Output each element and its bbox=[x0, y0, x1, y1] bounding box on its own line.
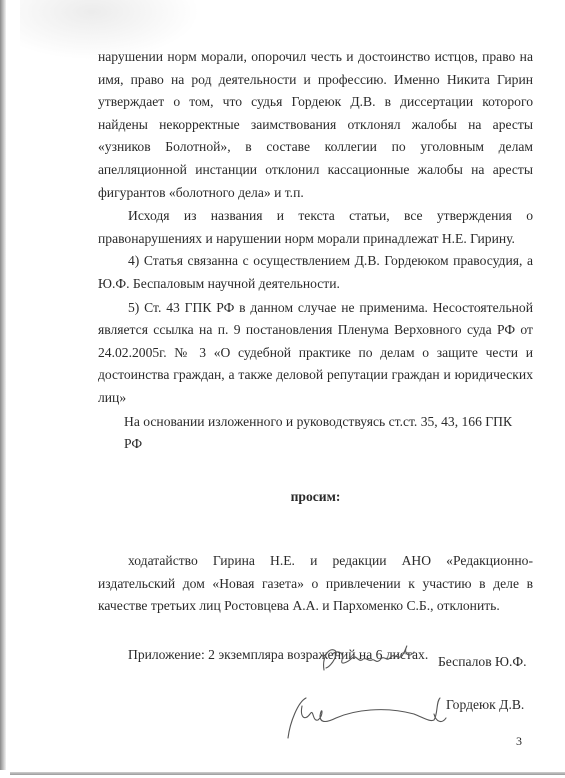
signatory-gordeyuk: Гордеюк Д.В. bbox=[446, 697, 524, 713]
paragraph-point-4: 4) Статья связанна с осуществлением Д.В.… bbox=[98, 250, 533, 295]
legal-basis: На основании изложенного и руководствуяс… bbox=[98, 411, 533, 456]
page-number: 3 bbox=[516, 734, 522, 749]
scan-edge-bottom bbox=[10, 772, 565, 775]
paragraph-continuation: нарушении норм морали, опорочил честь и … bbox=[98, 46, 533, 204]
paragraph-point-5: 5) Ст. 43 ГПК РФ в данном случае не прим… bbox=[98, 297, 533, 410]
scan-edge-left bbox=[0, 0, 6, 770]
request-body: ходатайство Гирина Н.Е. и редакции АНО «… bbox=[98, 550, 533, 618]
signature-bespalov-icon bbox=[318, 640, 438, 680]
request-heading: просим: bbox=[98, 486, 533, 509]
signature-gordeyuk-icon bbox=[284, 692, 454, 742]
signatory-bespalov: Беспалов Ю.Ф. bbox=[438, 654, 527, 670]
document-page: нарушении норм морали, опорочил честь и … bbox=[98, 46, 533, 667]
paragraph-conclusion: Исходя из названия и текста статьи, все … bbox=[98, 205, 533, 250]
